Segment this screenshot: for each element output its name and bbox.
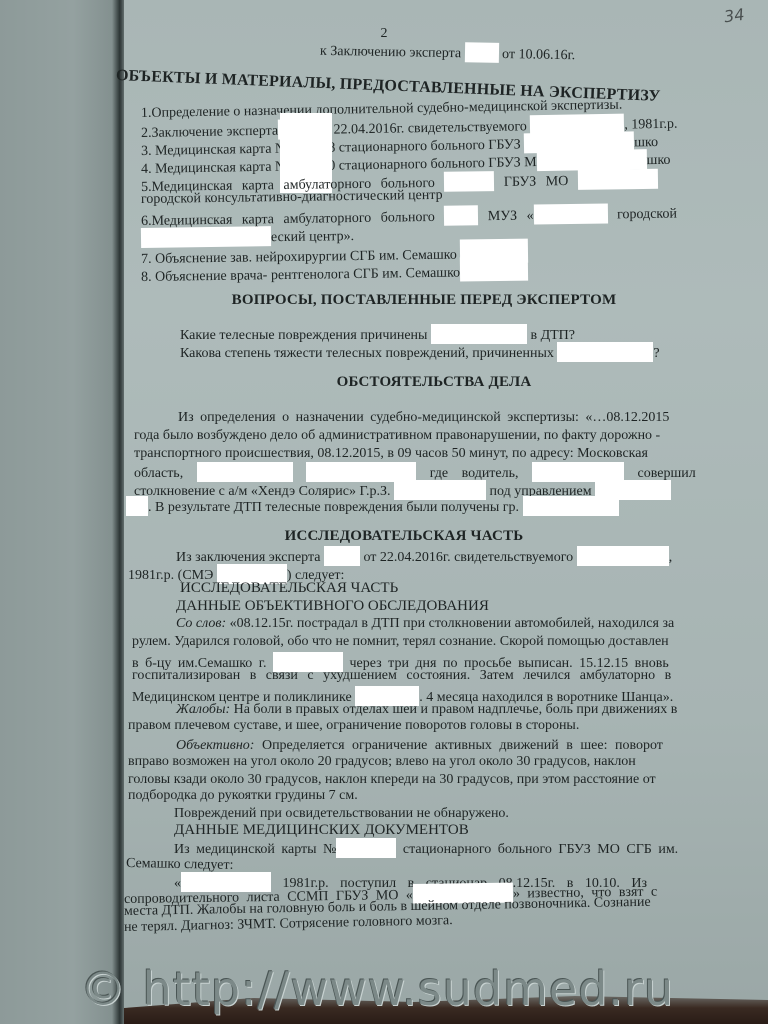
redaction (324, 546, 360, 566)
section-title-research: ИССЛЕДОВАТЕЛЬСКАЯ ЧАСТЬ (124, 528, 684, 544)
paragraph-line: подбородка до рукоятки грудины 7 см. (128, 788, 358, 804)
paragraph-line: Из заключения эксперта от 22.04.2016г. с… (176, 546, 672, 566)
list-item-continuation: городской консультативно-диагностический… (141, 188, 443, 208)
paragraph-line: Объективно: Определяется ограничение акт… (176, 738, 663, 754)
redaction (460, 257, 528, 282)
paragraph-line: Жалобы: На боли в правых отделах шеи и п… (176, 702, 677, 718)
section-title-questions: ВОПРОСЫ, ПОСТАВЛЕННЫЕ ПЕРЕД ЭКСПЕРТОМ (124, 292, 724, 308)
paragraph-line: . В результате ДТП телесные повреждения … (126, 496, 619, 516)
page-number: 2 (124, 26, 644, 42)
question-2: Какова степень тяжести телесных поврежде… (180, 342, 660, 362)
paragraph-line: Из определения о назначении судебно-меди… (178, 410, 669, 426)
paragraph-line: рулем. Ударился головой, обо что не помн… (132, 634, 669, 650)
left-page (0, 0, 122, 1024)
watermark: © http://www.sudmed.ru (80, 962, 674, 1016)
paragraph-line: транспортного происшествия, 08.12.2015, … (134, 446, 648, 462)
redaction (533, 203, 607, 224)
redaction (577, 546, 669, 566)
paragraph-line: головы кзади около 30 градусов, наклон к… (128, 772, 656, 788)
section-title-circumstances: ОБСТОЯТЕЛЬСТВА ДЕЛА (124, 374, 744, 390)
subheading: ИССЛЕДОВАТЕЛЬСКАЯ ЧАСТЬ (180, 580, 398, 596)
redaction (126, 496, 148, 516)
paragraph-line: вправо возможен на угол около 20 градусо… (128, 754, 636, 770)
paragraph-line: госпитализирован в связи с ухудшением со… (132, 668, 671, 684)
subheading: ДАННЫЕ МЕДИЦИНСКИХ ДОКУМЕНТОВ (174, 822, 469, 838)
paragraph-line: года было возбуждено дело об администрат… (134, 428, 660, 444)
redaction (197, 462, 293, 482)
paragraph-line: Из медицинской карты № стационарного бол… (174, 838, 678, 858)
redaction (536, 149, 646, 171)
document-page: 34 2 к Заключению эксперта от 10.06.16г.… (124, 0, 768, 1024)
paragraph-line: Со слов: «08.12.15г. пострадал в ДТП при… (176, 616, 674, 632)
question-1: Какие телесные повреждения причинены в Д… (180, 324, 575, 344)
paragraph-line: правом плечевом суставе, и шее, ограниче… (128, 718, 579, 734)
header-line: к Заключению эксперта от 10.06.16г. (320, 40, 576, 64)
redaction (532, 462, 624, 482)
paragraph-line: Повреждений при освидетельствовании не о… (174, 806, 509, 822)
subheading: ДАННЫЕ ОБЪЕКТИВНОГО ОБСЛЕДОВАНИЯ (176, 598, 489, 614)
list-item: 8. Объяснение врача- рентгенолога СГБ им… (141, 257, 528, 286)
redaction (464, 42, 498, 63)
redaction (444, 171, 494, 192)
redaction (578, 169, 658, 190)
redaction (431, 324, 527, 344)
redaction (336, 838, 396, 858)
handwritten-sheet-number: 34 (722, 5, 745, 27)
redaction (523, 496, 619, 516)
paragraph-line: область, где водитель, совершил (134, 462, 696, 482)
redaction (444, 205, 478, 225)
redaction (306, 462, 416, 482)
redaction (557, 342, 653, 362)
